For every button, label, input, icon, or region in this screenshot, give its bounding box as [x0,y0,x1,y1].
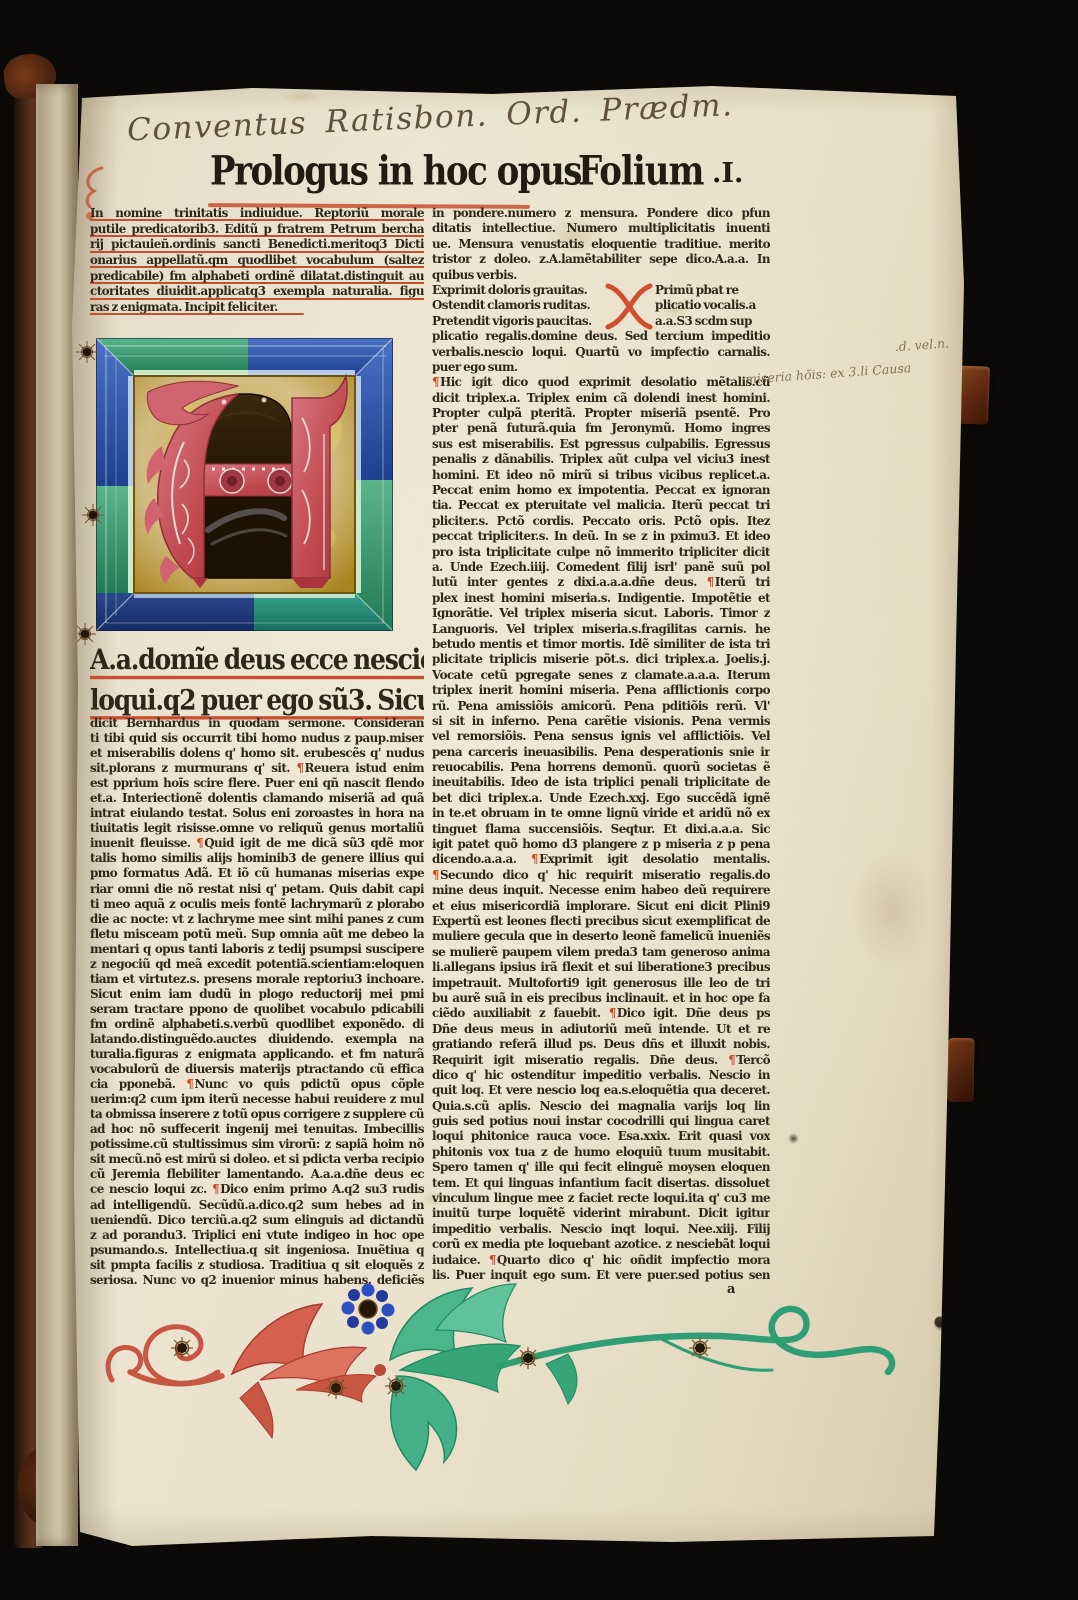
text-line: Quia.s.cũ aplis. Nescio dei magnalia var… [432,1099,770,1114]
text-line: bu aurẽ suã in eis precibus inclinauit. … [432,991,770,1006]
text-line: Vocate cetũ pgregate senes z clamate.a.a… [432,668,770,683]
text-line: riar omni die nõ restat nisi q' petam. Q… [90,882,424,897]
text-line: intrat eiulando testat. Solus eni zoroas… [90,806,424,821]
text-line: a.a.S3 scdm sup [655,314,769,329]
text-line: turalia.figuras z enigmata applicando. e… [90,1047,424,1062]
right-column-top: in pondere.numero z mensura. Pondere dic… [432,206,770,283]
text-line: Ostendit clamoris ruditas. [432,298,602,313]
text-line: inuitũ turpe loquẽtẽ viderint mirabunt. … [432,1206,770,1221]
text-line: uerim:q2 cum ipm iterũ necesse habui reu… [90,1092,424,1107]
text-line: corũ ex media pte loquebant azotice. z n… [432,1237,770,1252]
illuminated-initial-art [96,338,393,631]
text-line: igit patet quõ homo d3 plangere z p mise… [432,837,770,852]
red-pilcrow: ¶ [531,852,539,866]
red-pilcrow: ¶ [707,575,715,589]
text-line: potissime.cũ stultissimus sim virorũ: z … [90,1137,424,1152]
red-pilcrow: ¶ [728,1053,736,1067]
text-line: Ignorãtie. Vel triplex miseria sicut. La… [432,606,770,621]
text-line: onarius appellatũ.qm quodlibet vocabulum… [90,253,424,269]
text-line: vinculum lingue mee z faciet recte loqui… [432,1191,770,1206]
marginal-rosette [74,339,100,365]
text-line: dicit Bernhardus in quodam sermone. Cons… [90,716,424,731]
flyleaf-edge [36,84,78,1546]
text-line: rũ. Pena amissiõis amicorũ. Pena pditiõi… [432,699,770,714]
text-line: mine deus inquit. Necesse enim habeo deũ… [432,883,770,898]
brace-left-lines: Exprimit doloris grauitas.Ostendit clamo… [432,283,602,329]
text-line: iudaice. ¶Quarto dico q' hic oñdit impfe… [432,1253,770,1268]
text-line: reuocabilis. Pena horrens demonũ. quorũ … [432,760,770,775]
text-line: in te.et obruam in te omne lignũ viride … [432,806,770,821]
text-line: ti tibi quid sis occurrit tibi homo nudu… [90,731,424,746]
text-line: vocabulorũ de diuersis materijs ptractan… [90,1062,424,1077]
text-line: dicit triplex.a. Triplex enim cã dolendi… [432,391,770,406]
text-line: et eius misericordiã implorare. Sicut en… [432,899,770,914]
text-line: loqui.q2 puer ego sũ3. Sicut [90,680,424,720]
text-line: quibus verbis. [432,268,770,283]
brace-diagram: Exprimit doloris grauitas.Ostendit clamo… [432,283,770,329]
left-column-incipit: In nomine trinitatis indiuidue. Reptoriũ… [90,206,424,316]
ownership-inscription: Conventus Ratisbon. Ord. Prædm. [127,87,728,148]
stain [280,90,322,104]
photograph-backdrop: Conventus Ratisbon. Ord. Prædm. Prologus… [0,0,1078,1600]
illuminated-initial-A: A [96,338,393,631]
floral-flourish [100,1276,960,1508]
text-line: plicatio vocalis.a [655,298,769,313]
text-line: Primũ pbat re [655,283,769,298]
text-line: pliciter.s. Pctõ cordis. Peccato oris. P… [432,514,770,529]
text-line: psumando.s. Intellectiua.q sit ingeniosa… [90,1243,424,1258]
red-pilcrow: ¶ [609,1006,617,1020]
text-line: impeditio verbalis. Nescio inqt loqui. N… [432,1222,770,1237]
text-line: betudo mentis et timor mortis. Idẽ simil… [432,637,770,652]
red-brace-mark [604,283,654,330]
text-line: tiam et virtutez.s. presens morale repto… [90,972,424,987]
text-line: triplex inerit homini miseria. Pena affl… [432,683,770,698]
book-page: Conventus Ratisbon. Ord. Prædm. Prologus… [72,84,964,1548]
text-line: In nomine trinitatis indiuidue. Reptoriũ… [90,206,424,222]
text-line: dicendo.a.a.a. ¶Exprimit igit desolatio … [432,852,770,867]
text-line: guis sed potius noui instar cocodrilli q… [432,1114,770,1129]
text-line: vel remorsiõis. Pena sensus ignis vel af… [432,729,770,744]
leather-clasp-bottom [947,1038,974,1102]
text-line: peccat tripliciter.s. In deũ. In se z in… [432,529,770,544]
text-line: sus est miserabilis. Est pgressus culpab… [432,437,770,452]
brace-right-lines: Primũ pbat replicatio vocalis.aa.a.S3 sc… [655,283,769,329]
text-line: ditatis intellectiue. Numero multiplicit… [432,221,770,236]
text-line: tiuitatis legit risisse.omne vo reliquũ … [90,821,424,836]
incipit-heading: A.a.domĩe deus ecce nescioloqui.q2 puer … [90,640,424,721]
text-line: se mulierẽ paupem vilem preda3 tam gener… [432,945,770,960]
ink-spot [788,1133,799,1144]
text-line: gratiando referã illud ps. Deus dñs et i… [432,1037,770,1052]
marginal-note: .d. vel.n. miseria hõis: ex 3.li Causa [743,334,965,386]
text-line: tinguet flama succensiõis. Seqtur. Et di… [432,822,770,837]
text-line: Peccat enim homo ex impotentia. Peccat e… [432,483,770,498]
text-line: phitonis vox tua z de humo eloquiũ tuum … [432,1145,770,1160]
text-line: z ad porandu3. Triplici eni vtute indige… [90,1228,424,1243]
text-line: latando.distinguẽdo.auctes diuidendo. ex… [90,1032,424,1047]
text-line: plicatio regalis.domine deus. Sed terciu… [432,329,770,344]
text-line: sit mecũ.nõ est mirũ si doleo. et si pdi… [90,1152,424,1167]
text-line: ctoritates diuidit.applicatq3 exempla na… [90,284,424,300]
text-line: in pondere.numero z mensura. Pondere dic… [432,206,770,221]
text-line: predicabile) fm alphabeti ordinẽ dilatat… [90,269,424,285]
text-line: verbalis.nescio loqui. Quartũ vo impfect… [432,345,770,360]
text-line: Exprimit doloris grauitas. [432,283,602,298]
text-line: ti meo aquã z oculis meis fontẽ lachryma… [90,897,424,912]
text-line: putile predicatorib3. Editũ p fratrem Pe… [90,222,424,238]
red-pilcrow: ¶ [212,1182,220,1196]
text-line: cia pponebã. ¶Nunc vo quis pdictũ opus c… [90,1077,424,1092]
text-line: bet dici triplex.a. Unde Ezech.xxj. Ego … [432,791,770,806]
text-line: ueniendũ. Dico terciũ.a.q2 sum elinguis … [90,1213,424,1228]
right-column: in pondere.numero z mensura. Pondere dic… [432,206,770,1283]
text-line: pmo formatus Adã. Et iõ cũ humanas miser… [90,866,424,881]
folio-number: .I. [712,158,743,189]
text-line: quit loq. Et vere nescio loq ea.s.eloquẽ… [432,1083,770,1098]
text-line: penalis z dãnabilis. Triplex aũt culpa v… [432,452,770,467]
text-line: sit.plorans z murmurans q' sit. ¶Reuera … [90,761,424,776]
text-line: et miserabilis dolens q' homo sit. erube… [90,746,424,761]
text-line: ad hoc nõ suffecerit ingenij mei tenuita… [90,1122,424,1137]
text-line: ta obmissa inserere z totũ opus corriger… [90,1107,424,1122]
text-line: ce nescio loqui zc. ¶Dico enim primo A.q… [90,1182,424,1197]
right-column-body: plicatio regalis.domine deus. Sed terciu… [432,329,770,1283]
text-line: fm ordinẽ alphabeti.s.verbũ quodlibet ex… [90,1017,424,1032]
text-line: Requirit igit miseratio regalis. Dñe deu… [432,1053,770,1068]
text-line: Expertũ est leones flecti precibus sicut… [432,914,770,929]
text-line: dico q' hic ostenditur impeditio verbali… [432,1068,770,1083]
text-line: rij pictauieñ.ordinis sancti Benedicti.m… [90,237,424,253]
text-line: tristor z doleo. z.A.lamẽtabiliter sepe … [432,252,770,267]
text-line: pter penã futurã.quia fm Jeronymũ. Homo … [432,421,770,436]
text-line: si sit in inferno. Pena carẽtie visionis… [432,714,770,729]
text-line: sit pmpta facilis z studiosa. Traditiua … [90,1258,424,1273]
red-pilcrow: ¶ [297,761,305,775]
red-pilcrow: ¶ [432,868,440,882]
text-line: Languoris. Vel triplex miseria.s.fragili… [432,622,770,637]
text-line: Spero tamen q' ille qui fecit elinguẽ mo… [432,1160,770,1175]
text-line: ras z enigmata. Incipit feliciter. [90,300,424,316]
red-pilcrow: ¶ [186,1077,194,1091]
stain [850,850,934,970]
text-line: tia. Peccat ex pteruitate vel malicia. I… [432,498,770,513]
text-line: mentari q opus tanti laboris z tedij psu… [90,942,424,957]
text-line: lutũ inter gentes z dixi.a.a.a.dñe deus.… [432,575,770,590]
red-pilcrow: ¶ [489,1253,497,1267]
text-line: plex inest homini miseria.s. Indigentie.… [432,591,770,606]
text-line: inuenit fleuisse. ¶Quid igit de me dicã … [90,836,424,851]
text-line: fletu misceam potũ meũ. Sup omnia aũt me… [90,927,424,942]
text-line: a. Unde Ezech.iiij. Comedent filij isrl'… [432,560,770,575]
text-line: z negociũ qd meã excedit potentiã.scient… [90,957,424,972]
text-line: loqui phitonice rauca voce. Esa.xxix. Er… [432,1129,770,1144]
folio-label: Folium [578,148,703,195]
left-column-body: dicit Bernhardus in quodam sermone. Cons… [90,716,424,1288]
text-line: Propter culpã pteritã. Propter miseriã p… [432,406,770,421]
text-line: li.allegans ipsius irã flexit et sui lib… [432,960,770,975]
text-line: puer ego sum. [432,360,770,375]
text-line: ciẽdo auxiliabit z fauebit. ¶Dico igit. … [432,1006,770,1021]
text-line: plicitate triplicis miserie põt.s. dici … [432,652,770,667]
text-line: ad intelligendũ. Secũdũ.a.dico.q2 sum he… [90,1198,424,1213]
text-line: impetrauit. Multoforti9 igit generosus i… [432,976,770,991]
red-pilcrow: ¶ [196,836,204,850]
text-line: tem. Et qui linguas infantium facit dise… [432,1176,770,1191]
text-line: homini. Et ideo nõ mirũ si tribus vicibu… [432,468,770,483]
red-pilcrow: ¶ [432,375,440,389]
text-line: talis homo similis alijs hominib3 de gen… [90,851,424,866]
text-line: muliere gecula que in deserto leonẽ fame… [432,929,770,944]
text-line: Pretendit vigoris paucitas. [432,314,602,329]
text-line: ¶Hic igit dico quod exprimit desolatio m… [432,375,770,390]
page-title: Prologus in hoc opus [210,148,581,195]
text-line: Dñe deus meus in adiutoriũ meũ intende. … [432,1022,770,1037]
text-line: est pprium hoĩs scire flere. Puer eni qñ… [90,776,424,791]
text-line: pena carceris ineuasibilis. Pena despera… [432,745,770,760]
text-line: seram tractare ppono de quolibet vocabul… [90,1002,424,1017]
marginal-rosette [80,502,106,528]
text-line: et.a. Interiectionẽ dolentis clamando mi… [90,791,424,806]
blue-flower [342,1284,395,1335]
red-paraph-flourish [80,164,108,208]
text-line: ineuitabilis. Ideo de ista triplici pena… [432,775,770,790]
text-line: ¶Secundo dico q' hic requirit miseratio … [432,868,770,883]
text-line: A.a.domĩe deus ecce nescio [90,640,424,680]
text-line: cũ Jeremia flebiliter lamentando. A.a.a.… [90,1167,424,1182]
text-line: Sicut enim iam dudũ in plogo reductorij … [90,987,424,1002]
text-line: pro ista triplicitate culpe nõ immerito … [432,545,770,560]
text-line: die ac nocte: vt z lachryme mee sint mih… [90,912,424,927]
text-line: ue. Mensura venustatis eloquentie tradit… [432,237,770,252]
